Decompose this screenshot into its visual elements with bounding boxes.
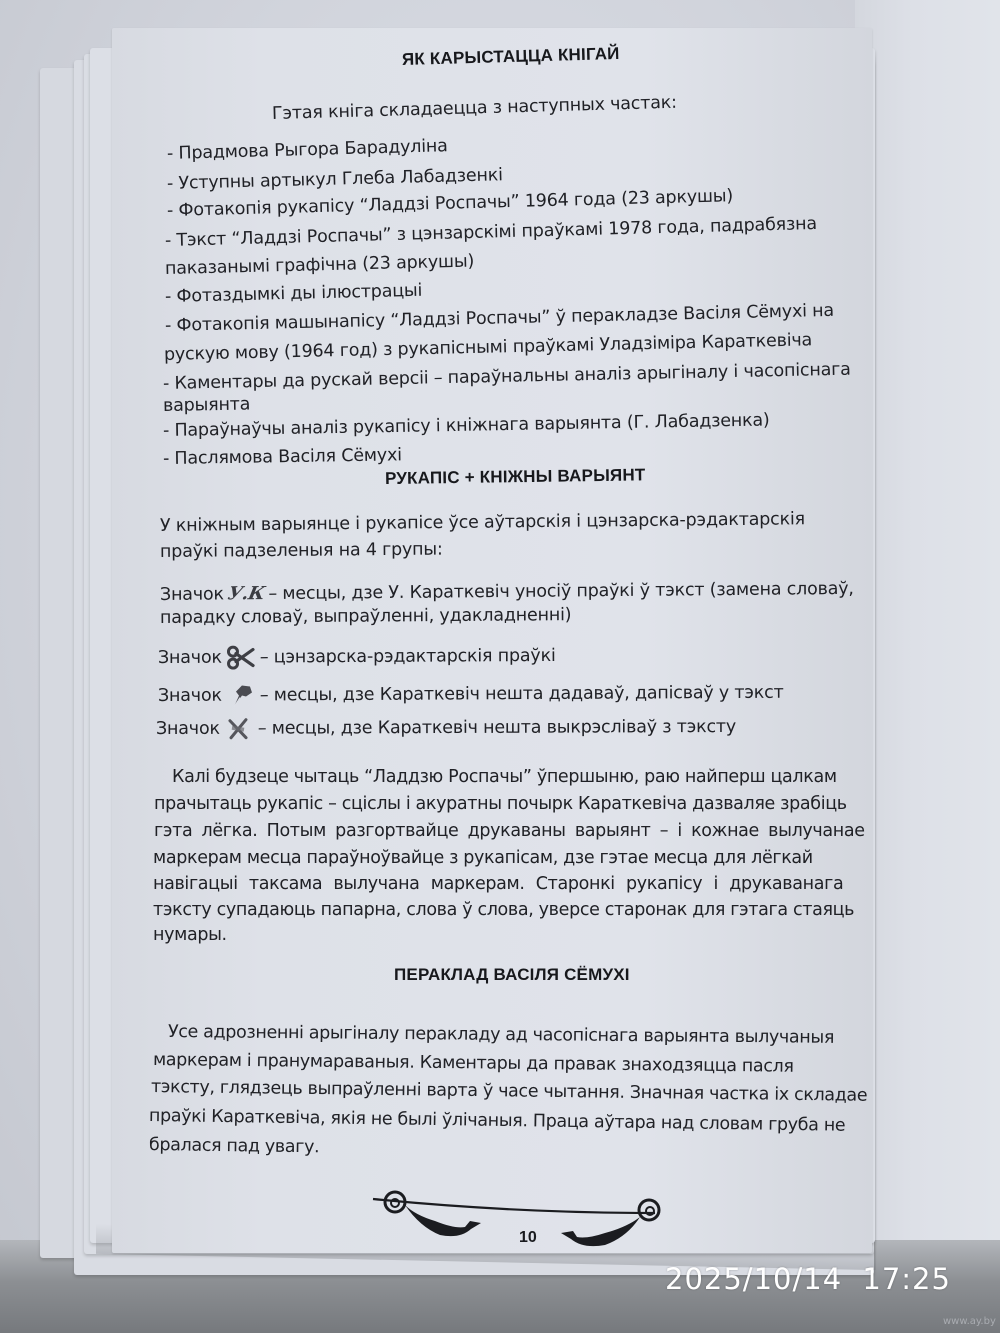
legend-text: – месцы, дзе Караткевіч нешта выкрэсліва…	[258, 717, 736, 739]
legend-row-uk-continuation: парадку словаў, выпраўленні, удакладненн…	[160, 605, 571, 628]
intro-text: Гэтая кніга складаецца з наступных часта…	[272, 93, 677, 124]
paragraph-line: праўкі Караткевіча, якія не былі ўлічаны…	[149, 1106, 846, 1136]
section-heading-translation: ПЕРАКЛАД ВАСІЛЯ СЁМУХІ	[394, 965, 630, 985]
contents-item: - Каментары да рускай версіі – параўналь…	[163, 360, 851, 394]
paragraph-line: тэксту, глядзець выпраўленні варта ў час…	[151, 1077, 868, 1106]
fish-ornament-divider	[365, 1183, 675, 1263]
site-watermark: www.ay.by	[943, 1316, 996, 1327]
page-number: 10	[519, 1229, 537, 1247]
page-title: ЯК КАРЫСТАЦЦА КНІГАЙ	[402, 44, 620, 70]
fountain-pen-icon	[226, 683, 256, 707]
legend-text: – месцы, дзе Караткевіч нешта дадаваў, д…	[260, 683, 784, 706]
legend-row-scissors: Значок – цэнзарска-рэдактарскія праўкі	[158, 644, 556, 670]
contents-item: - Фотакопія машынапісу “Ладдзі Роспачы” …	[165, 301, 834, 336]
scissors-icon	[226, 645, 256, 669]
paragraph-line: нумары.	[153, 925, 227, 945]
section2-intro-line: У кніжным варыянце і рукапісе ўсе аўтарс…	[160, 509, 805, 536]
paragraph-line: прачытаць рукапіс – сціслы і акуратны по…	[154, 794, 847, 814]
contents-item: варыянта	[163, 394, 251, 416]
uk-monogram-icon: У.К	[226, 583, 267, 604]
legend-label: Значок	[158, 686, 222, 706]
paragraph-line: навігацыі таксама вылучана маркерам. Ста…	[153, 874, 843, 894]
paragraph-line: гэта лёгка. Потым разгортвайце друкаваны…	[154, 821, 865, 841]
contents-item: - Тэкст “Ладдзі Роспачы” з цэнзарскімі п…	[165, 214, 817, 251]
legend-label: Значок	[158, 648, 222, 668]
crossed-out-icon	[224, 717, 254, 741]
paragraph-line: тэксту супадаюць папарна, слова ў слова,…	[153, 900, 854, 920]
legend-text: – месцы, дзе У. Караткевіч уносіў праўкі…	[268, 579, 853, 604]
contents-item: - Фотаздымкі ды ілюстрацыі	[165, 281, 423, 307]
photo-timestamp: 2025/10/14 17:25	[665, 1262, 951, 1296]
legend-row-uk: ЗначокУ.К– месцы, дзе У. Караткевіч унос…	[160, 578, 854, 605]
paragraph-line: маркерам месца параўноўвайце з рукапісам…	[153, 848, 813, 868]
paragraph-line: маркерам і пранумараваныя. Каментары да …	[153, 1050, 794, 1077]
paragraph-line: Калі будзеце чытаць “Ладдзю Роспачы” ўпе…	[172, 767, 837, 787]
contents-item: - Параўнаўчы аналіз рукапісу і кніжнага …	[163, 410, 770, 441]
legend-text: – цэнзарска-рэдактарскія праўкі	[260, 646, 556, 668]
section-heading-manuscript: РУКАПІС + КНІЖНЫ ВАРЫЯНТ	[385, 465, 646, 489]
legend-row-pen: Значок – месцы, дзе Караткевіч нешта дад…	[158, 681, 784, 708]
paragraph-line: Усе адрозненні арыгіналу перакладу ад ча…	[168, 1022, 834, 1048]
paragraph-line: бралася пад увагу.	[149, 1135, 320, 1157]
section2-intro-line: праўкі падзеленыя на 4 групы:	[160, 540, 443, 562]
legend-label: Значок	[156, 719, 220, 739]
legend-label: Значок	[160, 584, 224, 605]
page-content: ЯК КАРЫСТАЦЦА КНІГАЙ Гэтая кніга складае…	[0, 0, 1000, 1333]
legend-row-crossed: Значок – месцы, дзе Караткевіч нешта вык…	[156, 715, 736, 741]
contents-item: - Паслямова Васіля Сёмухі	[163, 445, 402, 469]
contents-item: - Прадмова Рыгора Барадуліна	[167, 136, 448, 164]
contents-item: - Уступны артыкул Глеба Лабадзенкі	[167, 165, 503, 194]
contents-item: паказанымі графічна (23 аркушы)	[165, 251, 475, 279]
contents-item: рускую мову (1964 год) з рукапіснымі пра…	[164, 330, 813, 365]
